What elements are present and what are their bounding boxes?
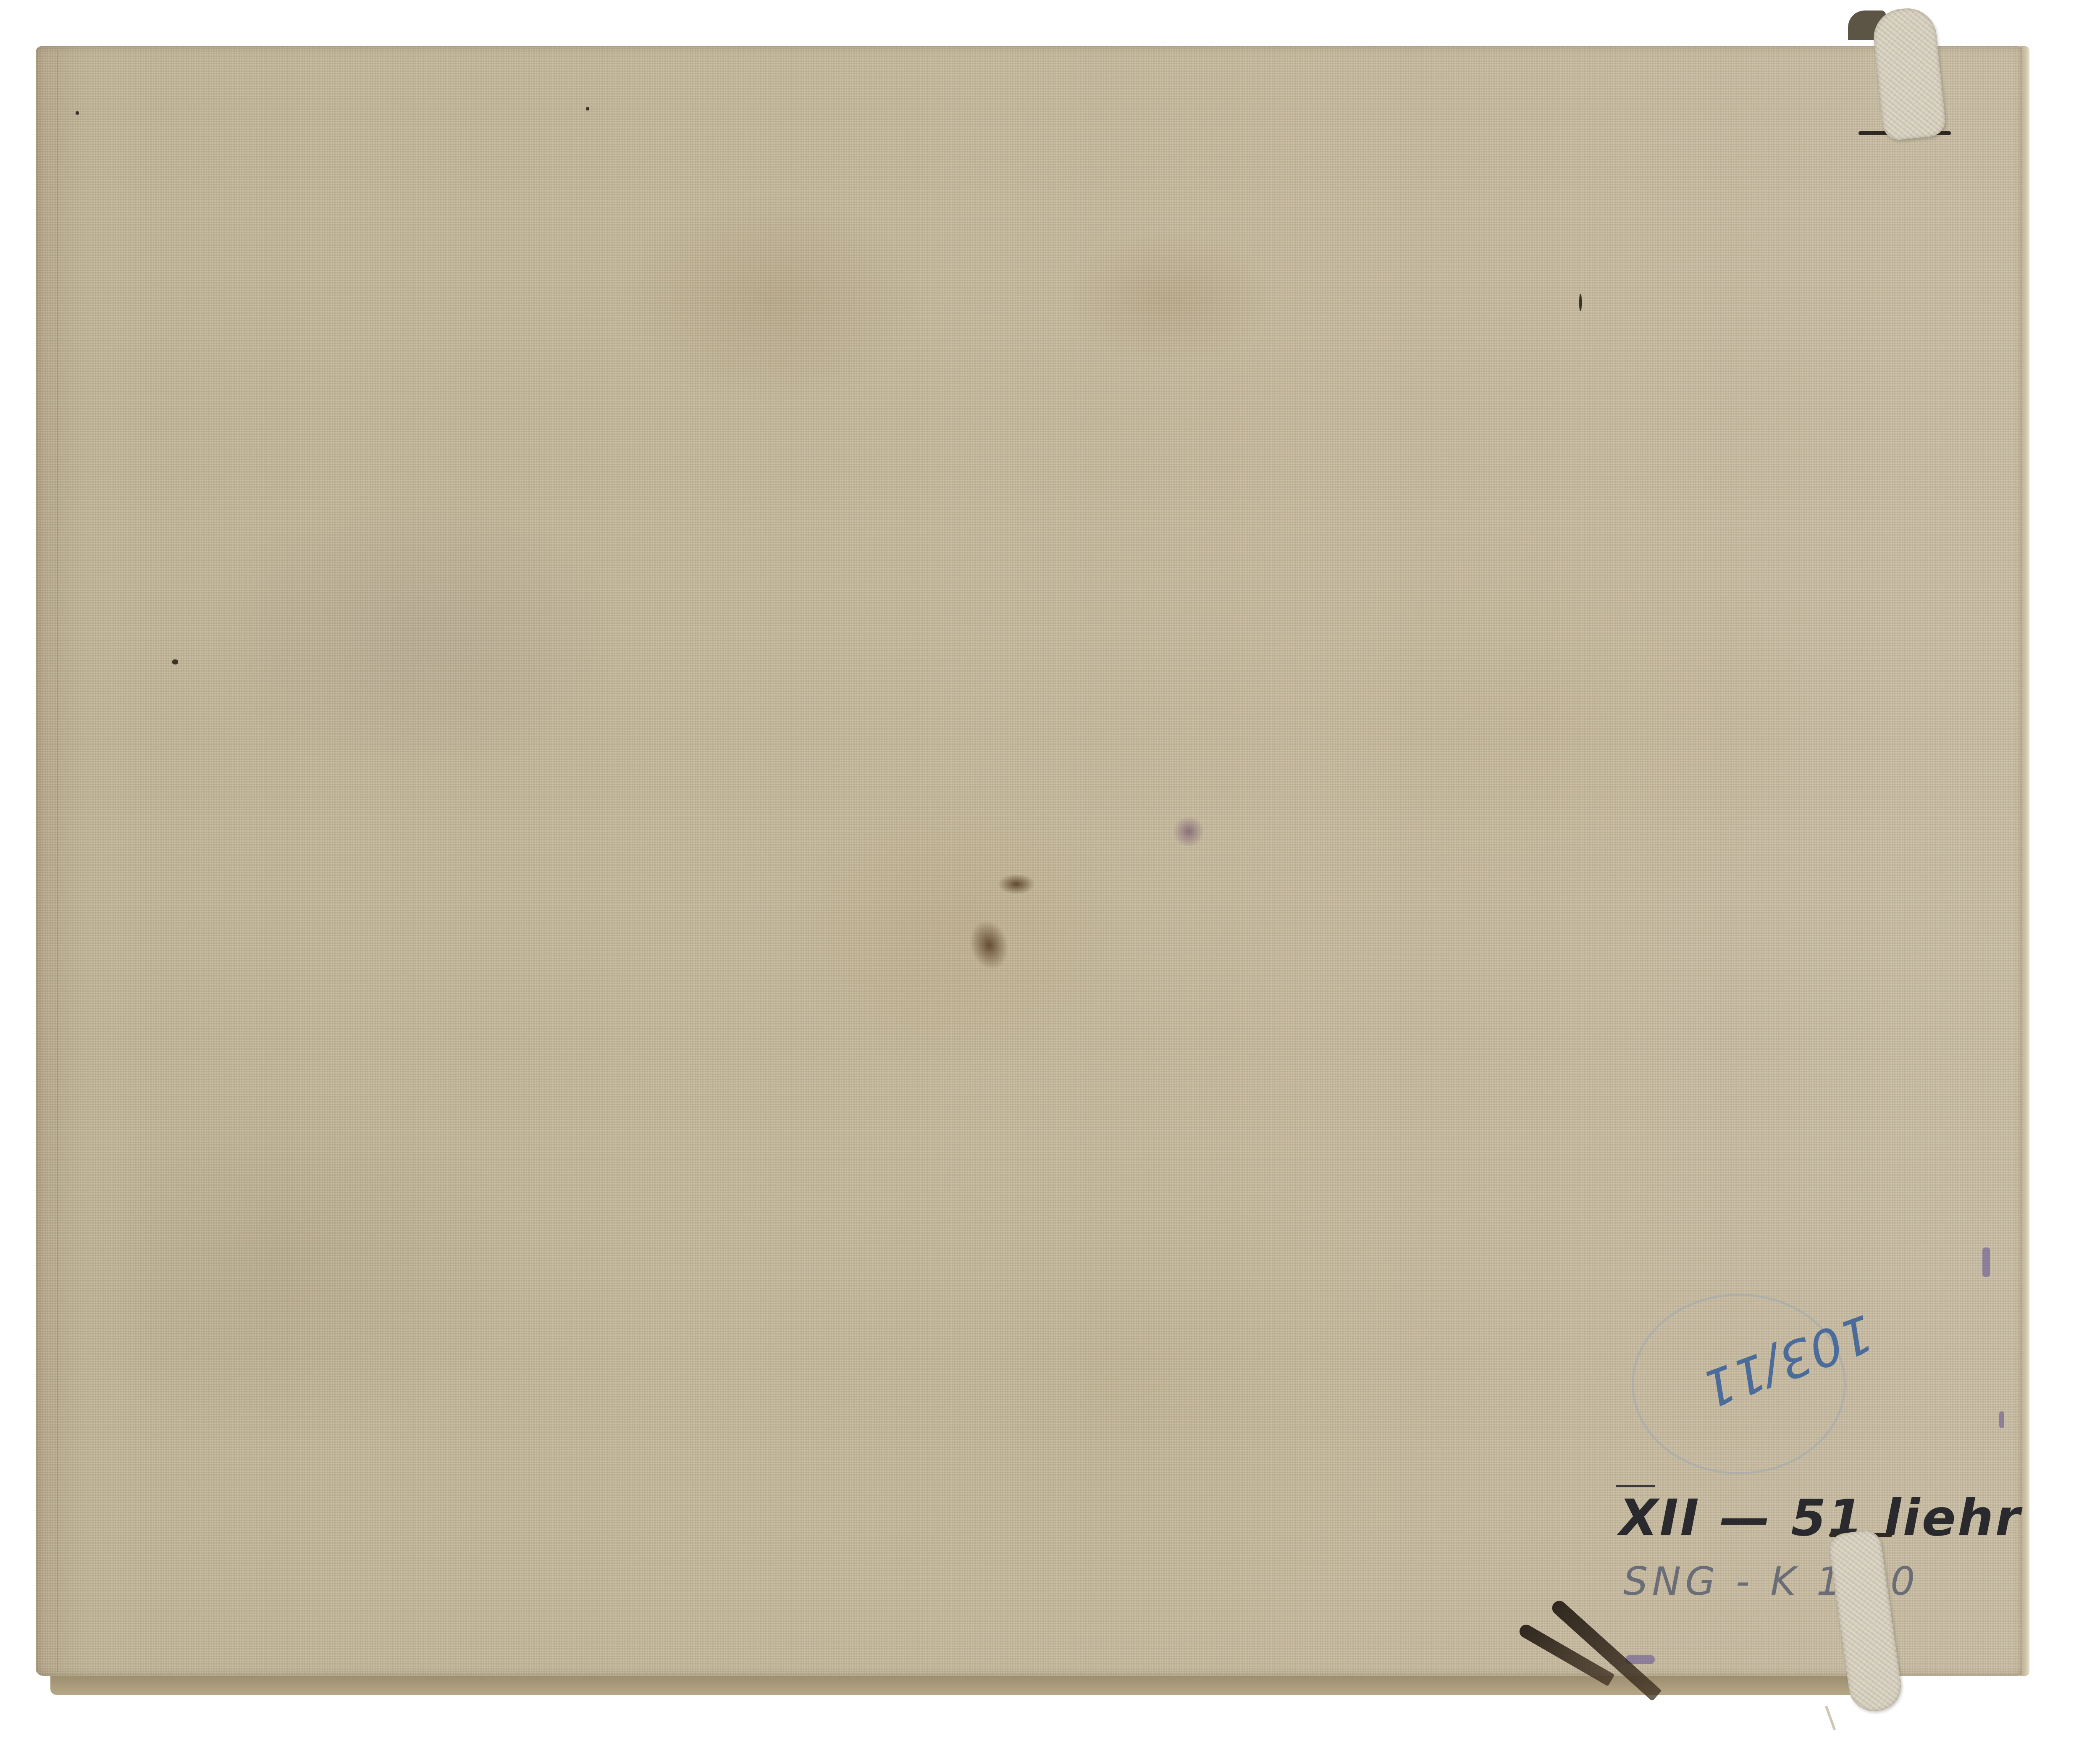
roman-numeral-overbar: [1616, 1485, 1655, 1487]
spine-crease: [57, 50, 60, 1672]
purple-stain: [1172, 817, 1205, 846]
fabric-tie-strap-top: [1871, 5, 1947, 142]
violet-mark: [1982, 1247, 1990, 1277]
photograph: 103/11 XII — 51 liehr SNG - K 12 0: [0, 0, 2100, 1741]
ink-speck: [586, 107, 589, 110]
ink-speck: [1579, 294, 1582, 311]
frayed-strap-end: [1825, 1706, 1836, 1730]
ink-speck: [76, 111, 79, 115]
brown-stain: [997, 874, 1035, 895]
violet-mark: [1999, 1411, 2004, 1428]
inventory-annotation-line-1: XII — 51 liehr: [1619, 1493, 2021, 1544]
ink-speck: [172, 659, 178, 664]
